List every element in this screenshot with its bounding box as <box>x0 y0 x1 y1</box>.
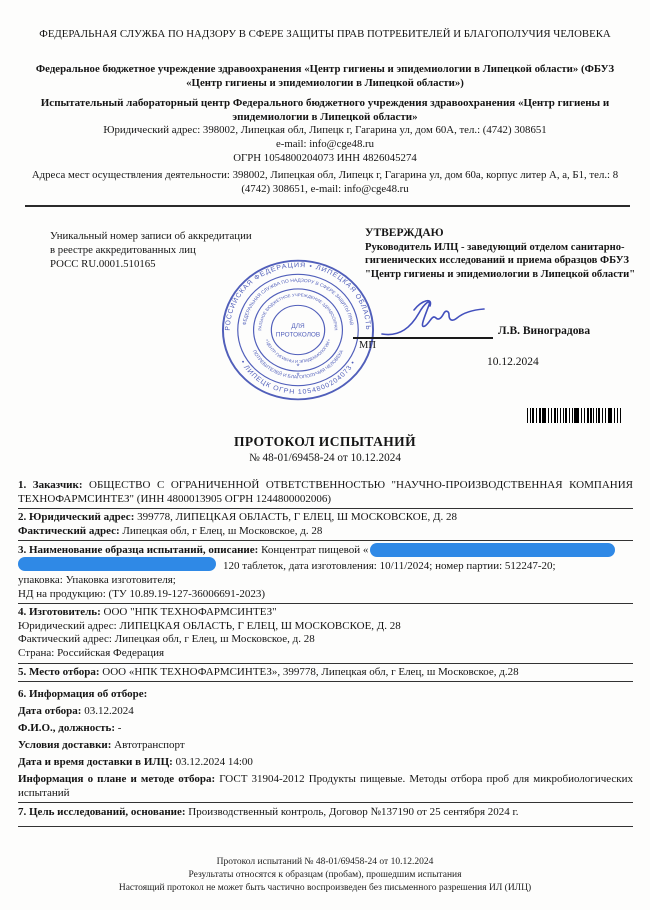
section-label: 2. Юридический адрес: <box>18 511 134 523</box>
manufacturer-country: Страна: Российская Федерация <box>18 647 633 661</box>
stamp-middle-top-text: ФЕДЕРАЛЬНАЯ СЛУЖБА ПО НАДЗОРУ В СФЕРЕ ЗА… <box>242 278 354 326</box>
round-stamp-icon: РОССИЙСКАЯ ФЕДЕРАЦИЯ • ЛИПЕЦКАЯ ОБЛАСТЬ … <box>219 257 377 403</box>
document-title-block: ПРОТОКОЛ ИСПЫТАНИЙ № 48-01/69458-24 от 1… <box>0 434 650 464</box>
page-footer: Протокол испытаний № 48-01/69458-24 от 1… <box>0 856 650 895</box>
section-sampling-info: 6. Информация об отборе: Дата отбора: 03… <box>18 682 633 803</box>
sampling-date-value: 03.12.2024 <box>84 705 134 717</box>
packaging-line: упаковка: Упаковка изготовителя; <box>18 574 633 588</box>
manufacturer-actual-address: Фактический адрес: Липецкая обл, г Елец,… <box>18 633 633 647</box>
section-sample-name: 3. Наименование образца испытаний, описа… <box>18 541 633 604</box>
footer-protocol-number: Протокол испытаний № 48-01/69458-24 от 1… <box>0 856 650 869</box>
legal-address-value: 399778, ЛИПЕЦКАЯ ОБЛАСТЬ, Г ЕЛЕЦ, Ш МОСК… <box>137 511 457 523</box>
approval-block: УТВЕРЖДАЮ Руководитель ИЛЦ - заведующий … <box>365 227 637 281</box>
section-purpose: 7. Цель исследований, основание: Произво… <box>18 803 633 827</box>
section-label: 1. Заказчик: <box>18 479 83 491</box>
delivery-conditions-label: Условия доставки: <box>18 739 111 751</box>
header-divider <box>25 205 630 207</box>
footer-reproduction-note: Настоящий протокол не может быть частичн… <box>0 882 650 895</box>
activity-addresses: Адреса мест осуществления деятельности: … <box>25 169 625 196</box>
page-title: ПРОТОКОЛ ИСПЫТАНИЙ <box>0 434 650 450</box>
section-label: 3. Наименование образца испытаний, описа… <box>18 544 258 556</box>
sample-details-value: 120 таблеток, дата изготовления: 10/11/2… <box>223 560 556 572</box>
manufacturer-value: ООО "НПК ТЕХНОФАРМСИНТЕЗ" <box>104 606 277 618</box>
signature-line <box>353 337 493 339</box>
email-line: e-mail: info@cge48.ru <box>25 138 625 150</box>
nd-product-line: НД на продукцию: (ТУ 10.89.19-127-360066… <box>18 588 633 602</box>
lab-center-name: Испытательный лабораторный центр Федерал… <box>25 97 625 124</box>
handwritten-signature <box>378 296 493 342</box>
signer-name: Л.В. Виноградова <box>498 325 590 337</box>
stamp-place-label: МП <box>359 340 376 351</box>
sample-name-prefix: Концентрат пищевой « <box>261 544 368 556</box>
sampling-place-value: ООО «НПК ТЕХНОФАРМСИНТЕЗ», 399778, Липец… <box>102 666 518 678</box>
stamp-star-glyph: * <box>296 362 299 371</box>
stamp-center-line1: ДЛЯ <box>291 323 304 330</box>
actual-address-label: Фактический адрес: <box>18 525 120 537</box>
protocol-document-page: ФЕДЕРАЛЬНАЯ СЛУЖБА ПО НАДЗОРУ В СФЕРЕ ЗА… <box>0 0 650 910</box>
approval-title: УТВЕРЖДАЮ <box>365 227 637 241</box>
redaction-bar <box>18 557 216 571</box>
delivery-datetime-value: 03.12.2024 14:00 <box>176 756 253 768</box>
purpose-value: Производственный контроль, Договор №1371… <box>188 806 518 818</box>
section-customer: 1. Заказчик: ОБЩЕСТВО С ОГРАНИЧЕННОЙ ОТВ… <box>18 477 633 509</box>
protocol-number: № 48-01/69458-24 от 10.12.2024 <box>0 452 650 464</box>
institution-name: Федеральное бюджетное учреждение здравоо… <box>25 63 625 90</box>
section-label: 5. Место отбора: <box>18 666 100 678</box>
delivery-datetime-label: Дата и время доставки в ИЛЦ: <box>18 756 173 768</box>
stamp-center-line2: ПРОТОКОЛОВ <box>276 332 320 339</box>
federal-service-name: ФЕДЕРАЛЬНАЯ СЛУЖБА ПО НАДЗОРУ В СФЕРЕ ЗА… <box>25 28 625 42</box>
protocol-sections: 1. Заказчик: ОБЩЕСТВО С ОГРАНИЧЕННОЙ ОТВ… <box>18 477 633 827</box>
fio-label: Ф.И.О., должность: <box>18 722 115 734</box>
actual-address-value: Липецкая обл, г Елец, ш Московское, д. 2… <box>122 525 322 537</box>
delivery-conditions-value: Автотранспорт <box>114 739 185 751</box>
customer-value: ОБЩЕСТВО С ОГРАНИЧЕННОЙ ОТВЕТСТВЕННОСТЬЮ… <box>18 479 633 505</box>
section-label: 6. Информация об отборе: <box>18 688 633 702</box>
section-sampling-place: 5. Место отбора: ООО «НПК ТЕХНОФАРМСИНТЕ… <box>18 664 633 683</box>
ogrn-inn-line: ОГРН 1054800204073 ИНН 4826045274 <box>25 152 625 164</box>
footer-results-note: Результаты относятся к образцам (пробам)… <box>0 869 650 882</box>
accreditation-line1: Уникальный номер записи об аккредитации <box>50 229 300 243</box>
manufacturer-legal-address: Юридический адрес: ЛИПЕЦКАЯ ОБЛАСТЬ, Г Е… <box>18 620 633 634</box>
approval-body: Руководитель ИЛЦ - заведующий отделом са… <box>365 241 637 282</box>
fio-value: - <box>118 722 122 734</box>
redaction-bar <box>370 543 615 557</box>
svg-text:ФЕДЕРАЛЬНАЯ СЛУЖБА ПО НАДЗОРУ: ФЕДЕРАЛЬНАЯ СЛУЖБА ПО НАДЗОРУ В СФЕРЕ ЗА… <box>242 278 354 326</box>
stamp-star-glyph: * <box>296 371 299 380</box>
sampling-date-label: Дата отбора: <box>18 705 81 717</box>
barcode <box>527 408 621 423</box>
section-label: 7. Цель исследований, основание: <box>18 806 186 818</box>
section-legal-address: 2. Юридический адрес: 399778, ЛИПЕЦКАЯ О… <box>18 509 633 541</box>
section-manufacturer: 4. Изготовитель: ООО "НПК ТЕХНОФАРМСИНТЕ… <box>18 604 633 663</box>
legal-address: Юридический адрес: 398002, Липецкая обл,… <box>25 124 625 138</box>
approval-date: 10.12.2024 <box>487 356 539 368</box>
accreditation-line2: в реестре аккредитованных лиц <box>50 243 300 257</box>
section-label: 4. Изготовитель: <box>18 606 101 618</box>
sampling-method-label: Информация о плане и методе отбора: <box>18 773 215 785</box>
